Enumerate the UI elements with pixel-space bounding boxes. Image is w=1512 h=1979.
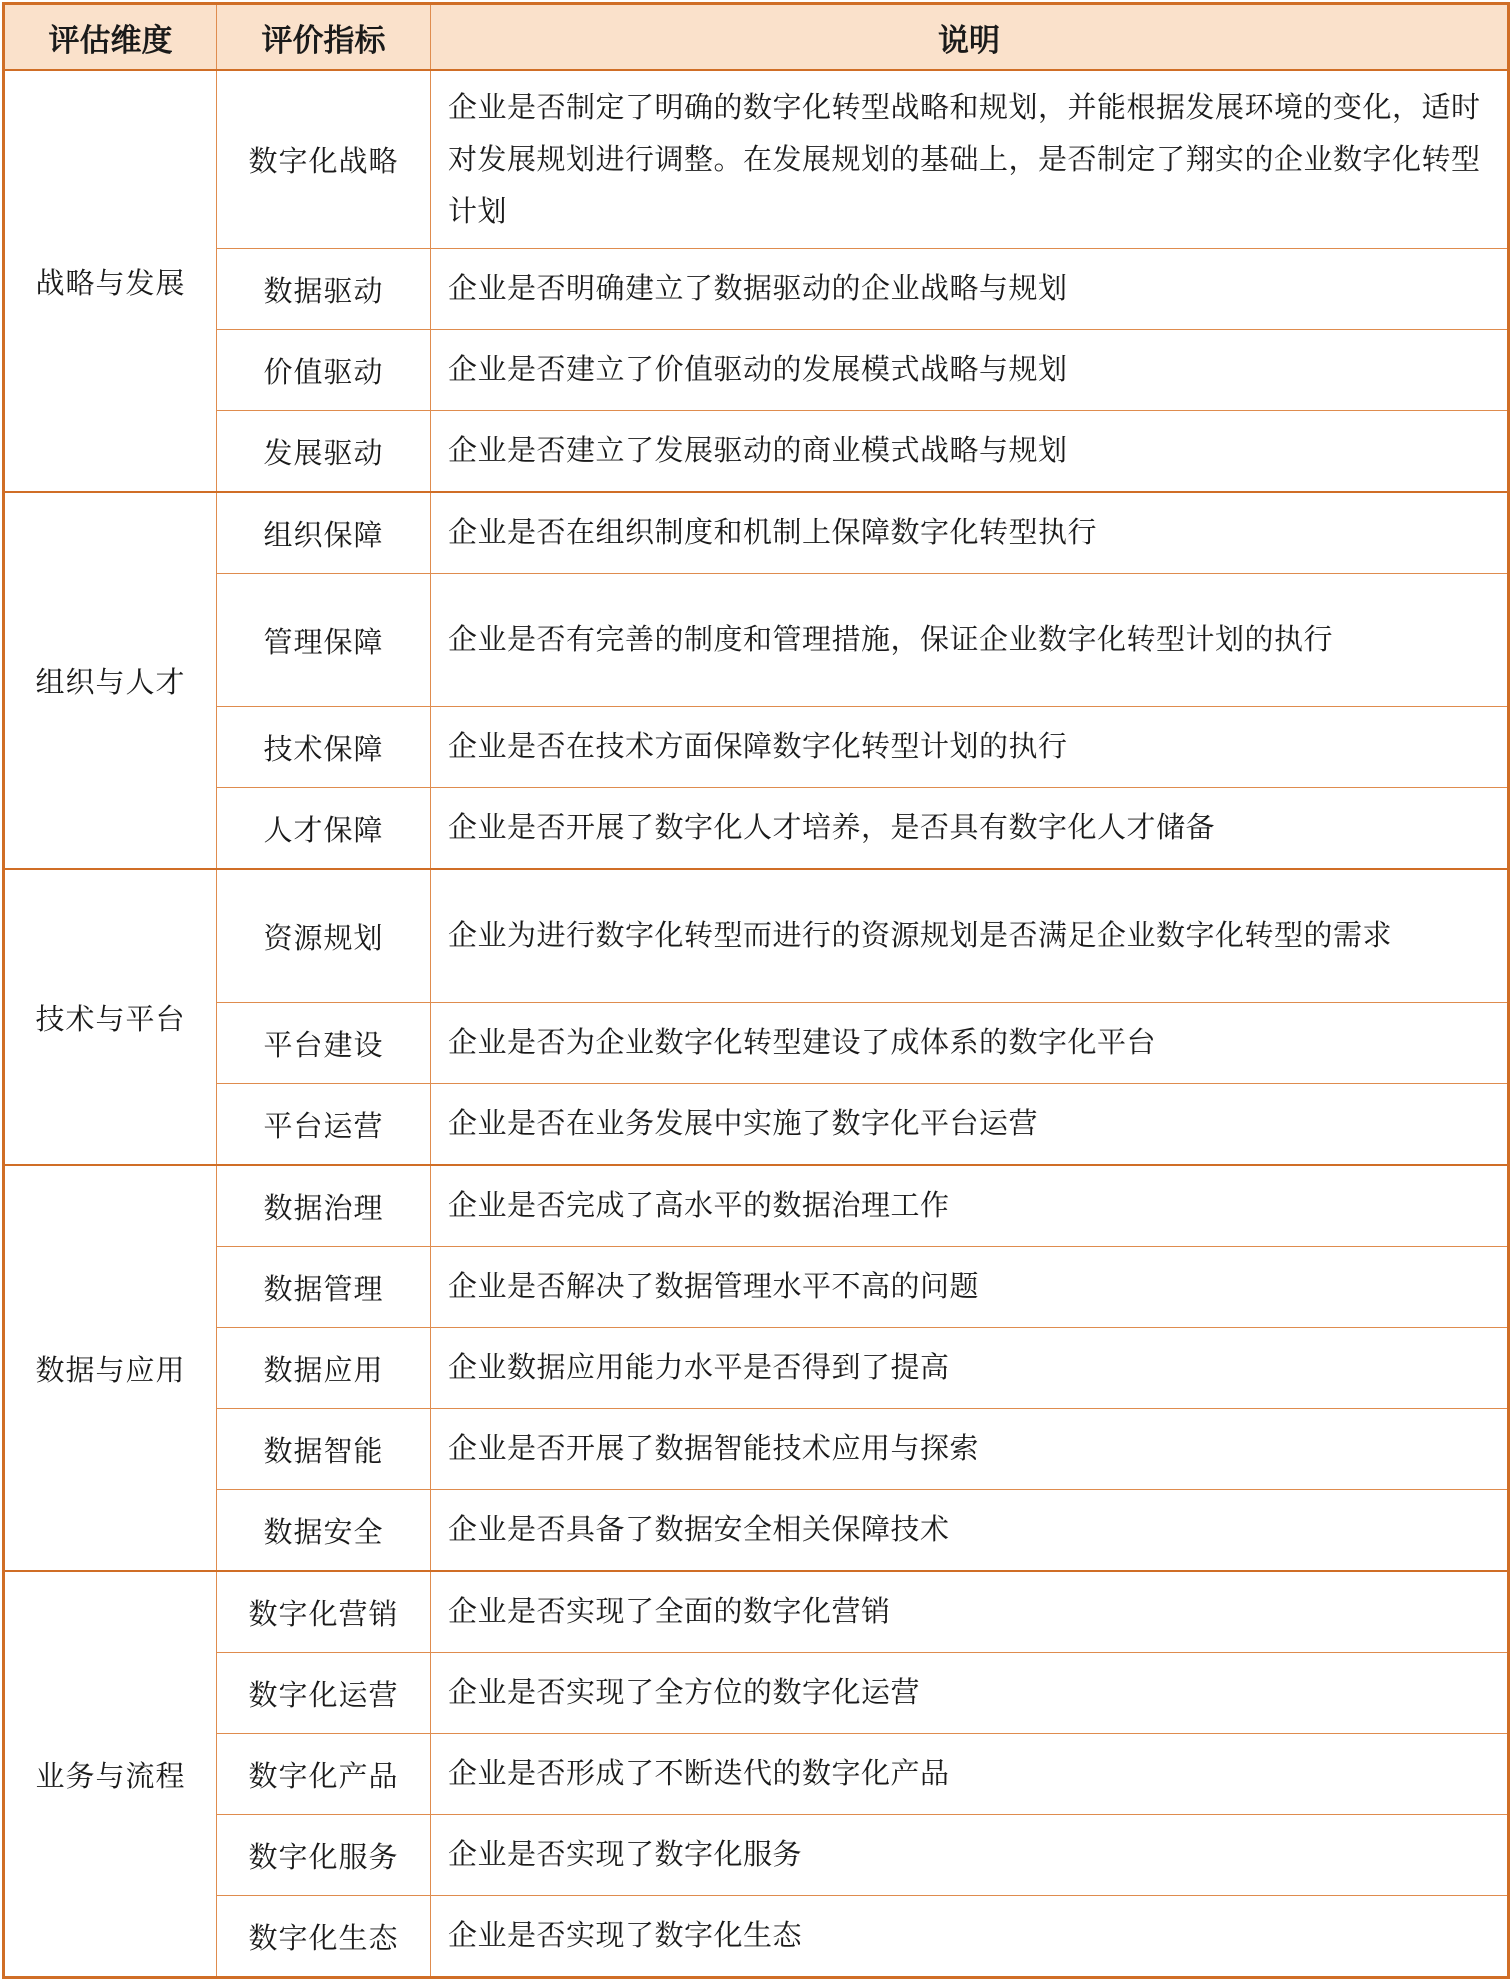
description-cell: 企业是否开展了数据智能技术应用与探索 — [431, 1409, 1509, 1490]
indicator-cell: 平台建设 — [217, 1003, 431, 1084]
indicator-cell: 数据应用 — [217, 1328, 431, 1409]
dimension-cell: 数据与应用 — [4, 1165, 217, 1571]
description-cell: 企业是否建立了价值驱动的发展模式战略与规划 — [431, 330, 1509, 411]
dimension-cell: 业务与流程 — [4, 1571, 217, 1978]
indicator-cell: 数据安全 — [217, 1490, 431, 1572]
indicator-cell: 数据治理 — [217, 1165, 431, 1247]
column-header-description: 说明 — [431, 4, 1509, 71]
table-header: 评估维度 评价指标 说明 — [4, 4, 1509, 71]
dimension-cell: 战略与发展 — [4, 70, 217, 492]
indicator-cell: 组织保障 — [217, 492, 431, 574]
indicator-cell: 发展驱动 — [217, 411, 431, 493]
indicator-cell: 人才保障 — [217, 788, 431, 870]
table-row: 技术保障企业是否在技术方面保障数字化转型计划的执行 — [4, 707, 1509, 788]
description-cell: 企业为进行数字化转型而进行的资源规划是否满足企业数字化转型的需求 — [431, 869, 1509, 1003]
indicator-cell: 数据管理 — [217, 1247, 431, 1328]
table-row: 人才保障企业是否开展了数字化人才培养，是否具有数字化人才储备 — [4, 788, 1509, 870]
indicator-cell: 数字化服务 — [217, 1815, 431, 1896]
table-row: 数字化服务企业是否实现了数字化服务 — [4, 1815, 1509, 1896]
table-row: 组织与人才组织保障企业是否在组织制度和机制上保障数字化转型执行 — [4, 492, 1509, 574]
dimension-cell: 组织与人才 — [4, 492, 217, 869]
dimension-cell: 技术与平台 — [4, 869, 217, 1165]
indicator-cell: 数据驱动 — [217, 249, 431, 330]
table-row: 平台建设企业是否为企业数字化转型建设了成体系的数字化平台 — [4, 1003, 1509, 1084]
table-row: 价值驱动企业是否建立了价值驱动的发展模式战略与规划 — [4, 330, 1509, 411]
description-cell: 企业是否开展了数字化人才培养，是否具有数字化人才储备 — [431, 788, 1509, 870]
table-row: 数据安全企业是否具备了数据安全相关保障技术 — [4, 1490, 1509, 1572]
description-cell: 企业是否为企业数字化转型建设了成体系的数字化平台 — [431, 1003, 1509, 1084]
header-row: 评估维度 评价指标 说明 — [4, 4, 1509, 71]
indicator-cell: 数字化产品 — [217, 1734, 431, 1815]
table-row: 数据与应用数据治理企业是否完成了高水平的数据治理工作 — [4, 1165, 1509, 1247]
description-cell: 企业是否建立了发展驱动的商业模式战略与规划 — [431, 411, 1509, 493]
description-cell: 企业是否有完善的制度和管理措施，保证企业数字化转型计划的执行 — [431, 574, 1509, 707]
indicator-cell: 价值驱动 — [217, 330, 431, 411]
indicator-cell: 数据智能 — [217, 1409, 431, 1490]
description-cell: 企业是否解决了数据管理水平不高的问题 — [431, 1247, 1509, 1328]
table-row: 数字化生态企业是否实现了数字化生态 — [4, 1896, 1509, 1978]
description-cell: 企业是否明确建立了数据驱动的企业战略与规划 — [431, 249, 1509, 330]
table-body: 战略与发展数字化战略企业是否制定了明确的数字化转型战略和规划，并能根据发展环境的… — [4, 70, 1509, 1978]
indicator-cell: 数字化营销 — [217, 1571, 431, 1653]
evaluation-table: 评估维度 评价指标 说明 战略与发展数字化战略企业是否制定了明确的数字化转型战略… — [2, 2, 1510, 1979]
description-cell: 企业是否实现了全方位的数字化运营 — [431, 1653, 1509, 1734]
indicator-cell: 数字化运营 — [217, 1653, 431, 1734]
indicator-cell: 管理保障 — [217, 574, 431, 707]
description-cell: 企业数据应用能力水平是否得到了提高 — [431, 1328, 1509, 1409]
column-header-indicator: 评价指标 — [217, 4, 431, 71]
indicator-cell: 数字化生态 — [217, 1896, 431, 1978]
description-cell: 企业是否制定了明确的数字化转型战略和规划，并能根据发展环境的变化，适时对发展规划… — [431, 70, 1509, 249]
table-row: 数据驱动企业是否明确建立了数据驱动的企业战略与规划 — [4, 249, 1509, 330]
description-cell: 企业是否实现了全面的数字化营销 — [431, 1571, 1509, 1653]
table-row: 战略与发展数字化战略企业是否制定了明确的数字化转型战略和规划，并能根据发展环境的… — [4, 70, 1509, 249]
table-row: 技术与平台资源规划企业为进行数字化转型而进行的资源规划是否满足企业数字化转型的需… — [4, 869, 1509, 1003]
description-cell: 企业是否在业务发展中实施了数字化平台运营 — [431, 1084, 1509, 1166]
indicator-cell: 平台运营 — [217, 1084, 431, 1166]
column-header-dimension: 评估维度 — [4, 4, 217, 71]
table-row: 数据智能企业是否开展了数据智能技术应用与探索 — [4, 1409, 1509, 1490]
indicator-cell: 资源规划 — [217, 869, 431, 1003]
indicator-cell: 数字化战略 — [217, 70, 431, 249]
table-row: 数据管理企业是否解决了数据管理水平不高的问题 — [4, 1247, 1509, 1328]
description-cell: 企业是否形成了不断迭代的数字化产品 — [431, 1734, 1509, 1815]
indicator-cell: 技术保障 — [217, 707, 431, 788]
description-cell: 企业是否实现了数字化服务 — [431, 1815, 1509, 1896]
table-row: 业务与流程数字化营销企业是否实现了全面的数字化营销 — [4, 1571, 1509, 1653]
description-cell: 企业是否在技术方面保障数字化转型计划的执行 — [431, 707, 1509, 788]
table-row: 发展驱动企业是否建立了发展驱动的商业模式战略与规划 — [4, 411, 1509, 493]
description-cell: 企业是否在组织制度和机制上保障数字化转型执行 — [431, 492, 1509, 574]
description-cell: 企业是否实现了数字化生态 — [431, 1896, 1509, 1978]
description-cell: 企业是否完成了高水平的数据治理工作 — [431, 1165, 1509, 1247]
table-row: 平台运营企业是否在业务发展中实施了数字化平台运营 — [4, 1084, 1509, 1166]
description-cell: 企业是否具备了数据安全相关保障技术 — [431, 1490, 1509, 1572]
table-row: 管理保障企业是否有完善的制度和管理措施，保证企业数字化转型计划的执行 — [4, 574, 1509, 707]
table-row: 数据应用企业数据应用能力水平是否得到了提高 — [4, 1328, 1509, 1409]
table-row: 数字化产品企业是否形成了不断迭代的数字化产品 — [4, 1734, 1509, 1815]
table-row: 数字化运营企业是否实现了全方位的数字化运营 — [4, 1653, 1509, 1734]
